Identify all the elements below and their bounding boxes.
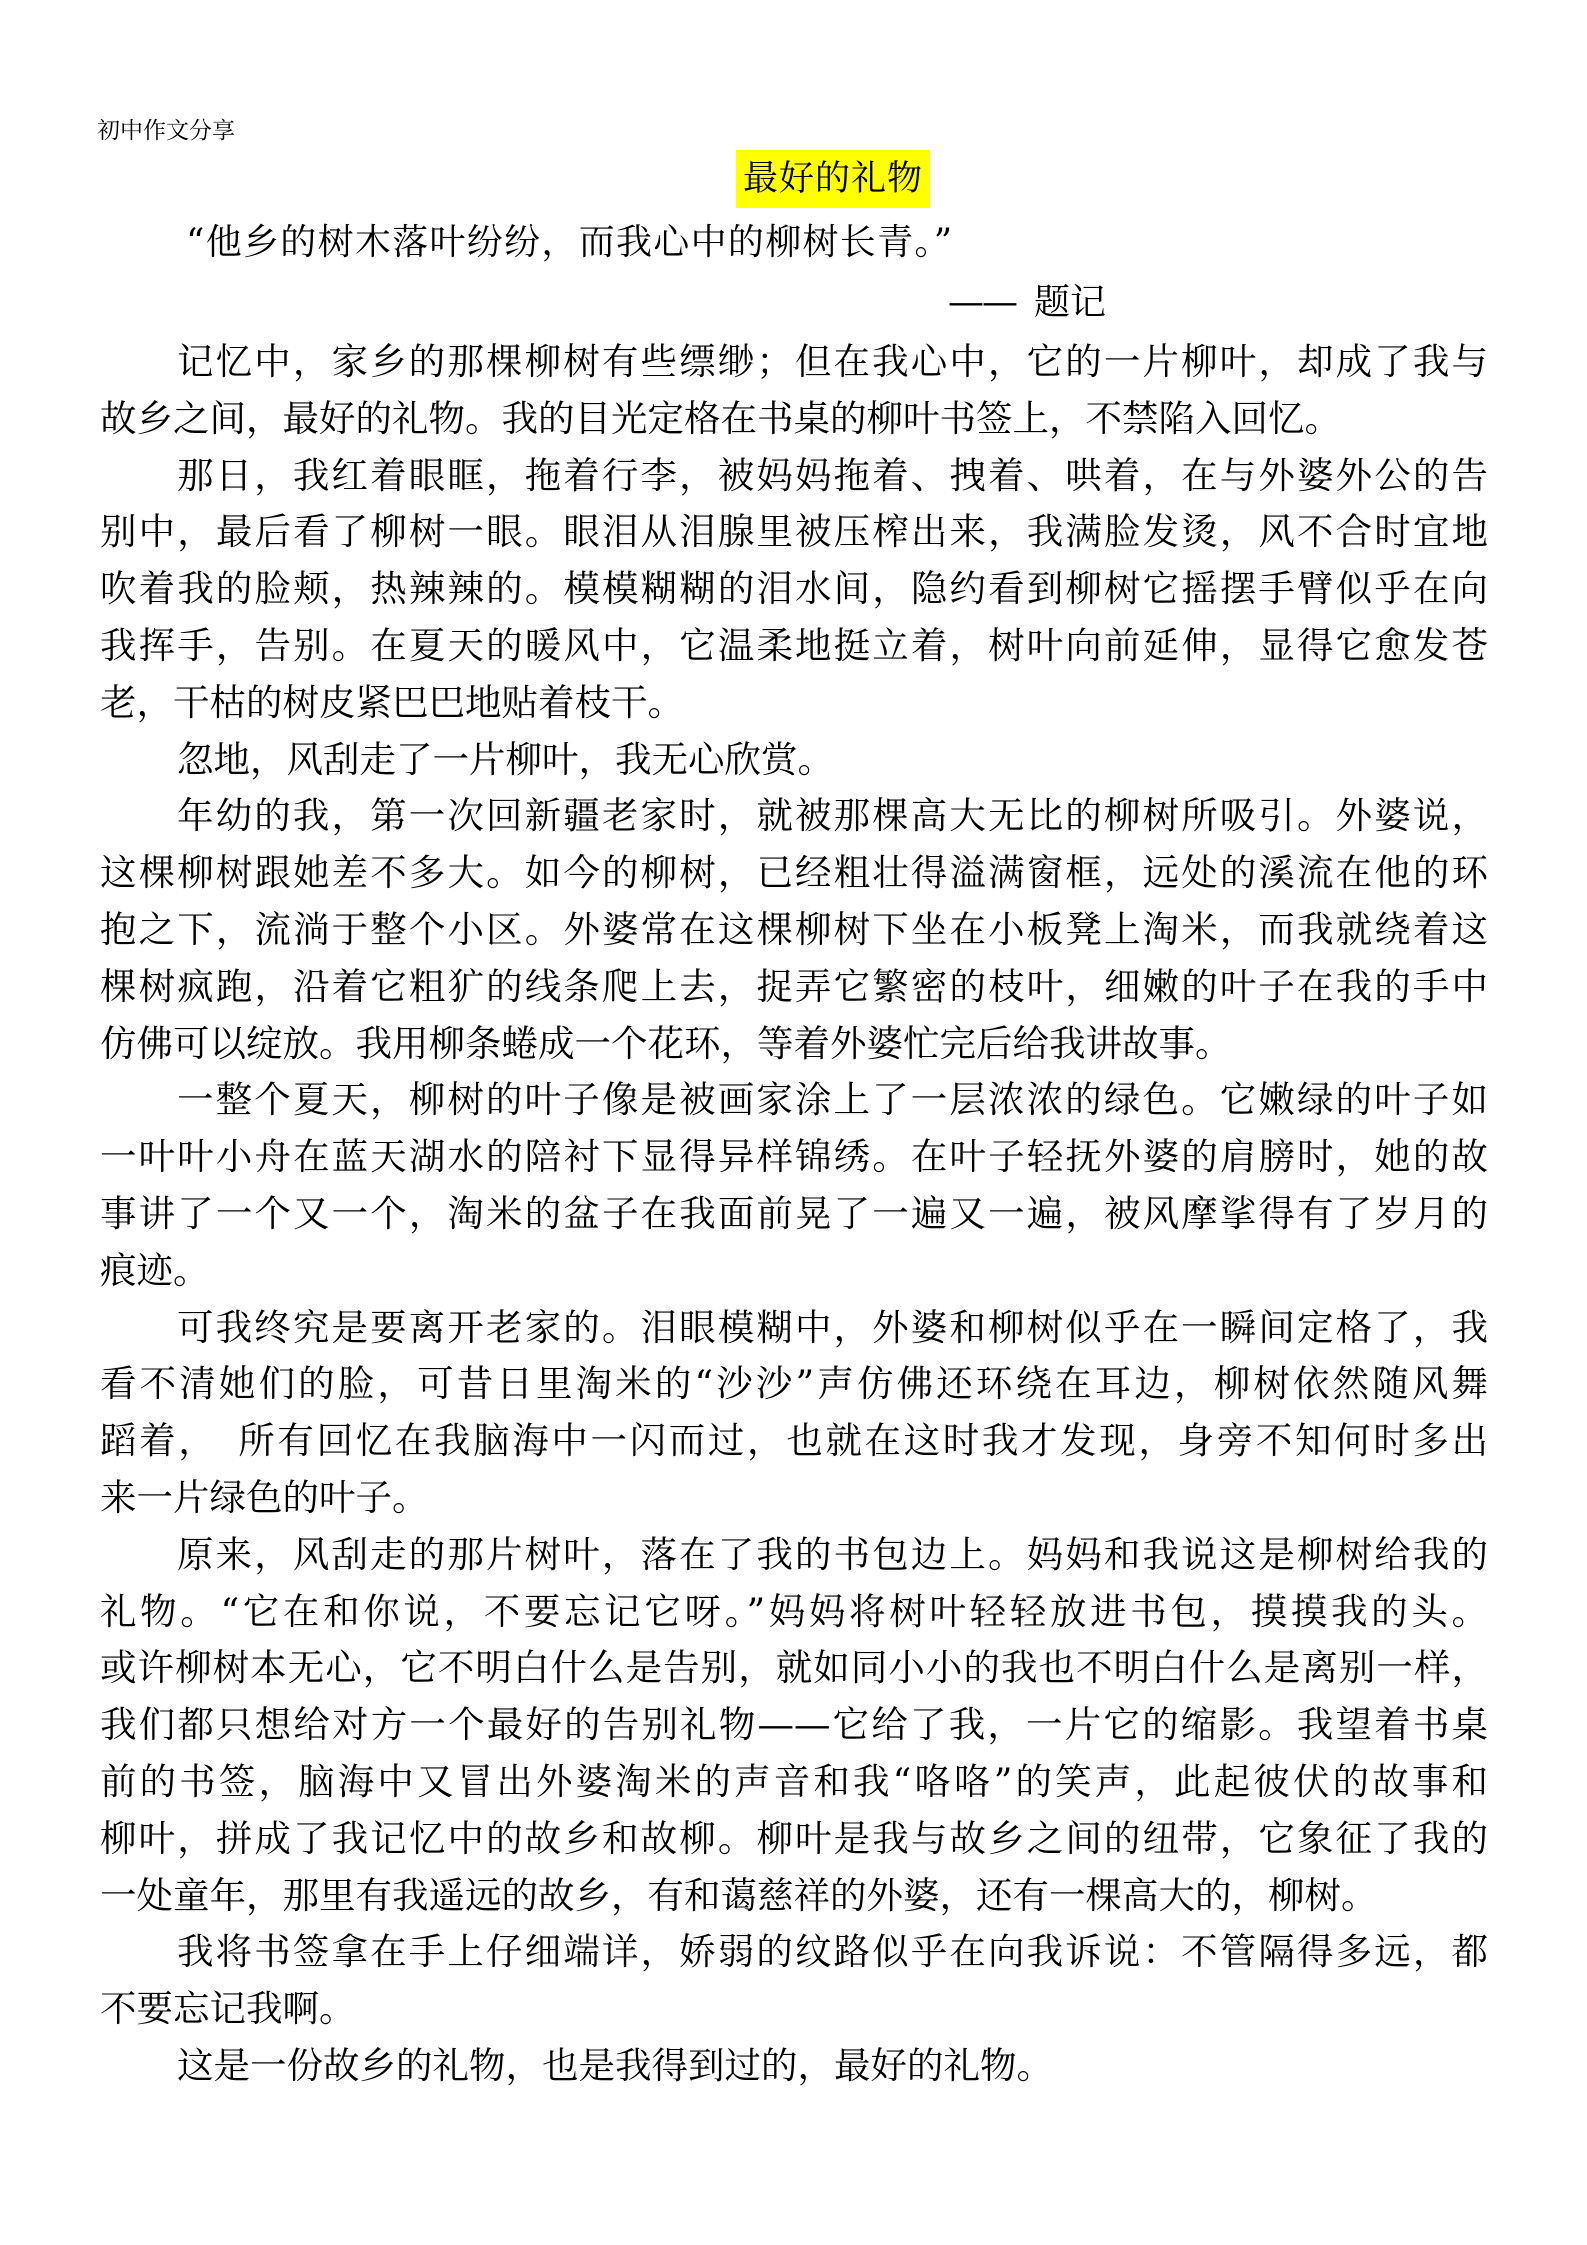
paragraph: 一整个夏天，柳树的叶子像是被画家涂上了一层浓浓的绿色。它嫩绿的叶子如一叶叶小舟在… — [100, 1072, 1488, 1299]
title-highlight: 最好的礼物 — [736, 150, 930, 208]
paragraph-line: 不要忘记我啊。 — [100, 1981, 1488, 2038]
paragraph-line: 我们都只想给对方一个最好的告别礼物——它给了我，一片它的缩影。我望着书桌 — [100, 1697, 1488, 1754]
paragraph-line: 蹈着， 所有回忆在我脑海中一闪而过，也就在这时我才发现，身旁不知何时多出 — [100, 1413, 1488, 1470]
paragraph-line: 我挥手，告别。在夏天的暖风中，它温柔地挺立着，树叶向前延伸，显得它愈发苍 — [100, 618, 1488, 675]
paragraph-line: 吹着我的脸颊，热辣辣的。模模糊糊的泪水间，隐约看到柳树它摇摆手臂似乎在向 — [100, 561, 1488, 618]
paragraph-line: 可我终究是要离开老家的。泪眼模糊中，外婆和柳树似乎在一瞬间定格了，我 — [100, 1300, 1488, 1357]
paragraph: 记忆中，家乡的那棵柳树有些缥缈；但在我心中，它的一片柳叶，却成了我与故乡之间，最… — [100, 334, 1488, 448]
paragraph-line: 一叶叶小舟在蓝天湖水的陪衬下显得异样锦绣。在叶子轻抚外婆的肩膀时，她的故 — [100, 1129, 1488, 1186]
paragraph: 这是一份故乡的礼物，也是我得到过的，最好的礼物。 — [100, 2038, 1488, 2095]
epigraph-quote: “他乡的树木落叶纷纷，而我心中的柳树长青。” — [186, 219, 953, 267]
paragraph-line: 看不清她们的脸，可昔日里淘米的“沙沙”声仿佛还环绕在耳边，柳树依然随风舞 — [100, 1356, 1488, 1413]
paragraph-line: 这棵柳树跟她差不多大。如今的柳树，已经粗壮得溢满窗框，远处的溪流在他的环 — [100, 845, 1488, 902]
paragraph-line: 忽地，风刮走了一片柳叶，我无心欣赏。 — [100, 732, 1488, 789]
epigraph-attribution: ——题记 — [948, 279, 1106, 327]
paragraph-line: 前的书签，脑海中又冒出外婆淘米的声音和我“咯咯”的笑声，此起彼伏的故事和 — [100, 1754, 1488, 1811]
paragraph-line: 痕迹。 — [100, 1243, 1488, 1300]
paragraph-line: 一整个夏天，柳树的叶子像是被画家涂上了一层浓浓的绿色。它嫩绿的叶子如 — [100, 1072, 1488, 1129]
paragraph-line: 棵树疯跑，沿着它粗犷的线条爬上去，捉弄它繁密的枝叶，细嫩的叶子在我的手中 — [100, 959, 1488, 1016]
paragraph-line: 柳叶，拼成了我记忆中的故乡和故柳。柳叶是我与故乡之间的纽带，它象征了我的 — [100, 1811, 1488, 1868]
paragraph: 我将书签拿在手上仔细端详，娇弱的纹路似乎在向我诉说：不管隔得多远，都不要忘记我啊… — [100, 1924, 1488, 2038]
paragraph-line: 那日，我红着眼眶，拖着行李，被妈妈拖着、拽着、哄着，在与外婆外公的告 — [100, 448, 1488, 505]
paragraph-line: 原来，风刮走的那片树叶，落在了我的书包边上。妈妈和我说这是柳树给我的 — [100, 1527, 1488, 1584]
paragraph-line: 记忆中，家乡的那棵柳树有些缥缈；但在我心中，它的一片柳叶，却成了我与 — [100, 334, 1488, 391]
paragraph-line: 这是一份故乡的礼物，也是我得到过的，最好的礼物。 — [100, 2038, 1488, 2095]
paragraph-line: 一处童年，那里有我遥远的故乡，有和蔼慈祥的外婆，还有一棵高大的，柳树。 — [100, 1868, 1488, 1925]
paragraph-line: 老，干枯的树皮紧巴巴地贴着枝干。 — [100, 675, 1488, 732]
paragraph-line: 我将书签拿在手上仔细端详，娇弱的纹路似乎在向我诉说：不管隔得多远，都 — [100, 1924, 1488, 1981]
paragraph: 可我终究是要离开老家的。泪眼模糊中，外婆和柳树似乎在一瞬间定格了，我看不清她们的… — [100, 1300, 1488, 1527]
paragraph: 原来，风刮走的那片树叶，落在了我的书包边上。妈妈和我说这是柳树给我的礼物。“它在… — [100, 1527, 1488, 1925]
paragraph-line: 来一片绿色的叶子。 — [100, 1470, 1488, 1527]
paragraph-line: 别中，最后看了柳树一眼。眼泪从泪腺里被压榨出来，我满脸发烫，风不合时宜地 — [100, 504, 1488, 561]
paragraph-line: 或许柳树本无心，它不明白什么是告别，就如同小小的我也不明白什么是离别一样， — [100, 1640, 1488, 1697]
paragraph: 那日，我红着眼眶，拖着行李，被妈妈拖着、拽着、哄着，在与外婆外公的告别中，最后看… — [100, 448, 1488, 732]
document-header: 初中作文分享 — [97, 116, 235, 146]
paragraph-line: 礼物。“它在和你说，不要忘记它呀。”妈妈将树叶轻轻放进书包，摸摸我的头。 — [100, 1584, 1488, 1641]
essay-title: 最好的礼物 — [743, 159, 923, 199]
paragraph: 年幼的我，第一次回新疆老家时，就被那棵高大无比的柳树所吸引。外婆说，这棵柳树跟她… — [100, 788, 1488, 1072]
attribution-dash: —— — [948, 282, 1016, 323]
paragraph-line: 年幼的我，第一次回新疆老家时，就被那棵高大无比的柳树所吸引。外婆说， — [100, 788, 1488, 845]
attribution-source: 题记 — [1034, 282, 1106, 323]
paragraph-line: 故乡之间，最好的礼物。我的目光定格在书桌的柳叶书签上，不禁陷入回忆。 — [100, 391, 1488, 448]
paragraph-line: 抱之下，流淌于整个小区。外婆常在这棵柳树下坐在小板凳上淘米，而我就绕着这 — [100, 902, 1488, 959]
essay-body: 记忆中，家乡的那棵柳树有些缥缈；但在我心中，它的一片柳叶，却成了我与故乡之间，最… — [100, 334, 1488, 2095]
paragraph-line: 事讲了一个又一个，淘米的盆子在我面前晃了一遍又一遍，被风摩挲得有了岁月的 — [100, 1186, 1488, 1243]
paragraph-line: 仿佛可以绽放。我用柳条蜷成一个花环，等着外婆忙完后给我讲故事。 — [100, 1016, 1488, 1073]
paragraph: 忽地，风刮走了一片柳叶，我无心欣赏。 — [100, 732, 1488, 789]
